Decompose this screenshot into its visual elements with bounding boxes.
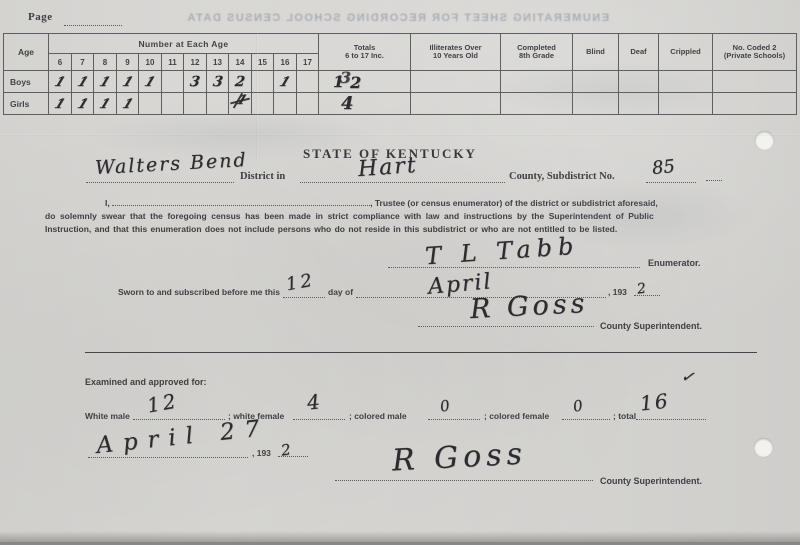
colored-male-label: ; colored male xyxy=(349,411,407,421)
age-tick: 10 xyxy=(139,54,162,71)
age-tick: 16 xyxy=(274,54,297,71)
totals-header-line2: 6 to 17 Inc. xyxy=(345,51,384,60)
enumerator-label: Enumerator. xyxy=(648,258,701,268)
girls-count-age14-crossed-out: 1 xyxy=(233,93,247,109)
enumerator-signature-blank xyxy=(388,266,640,268)
page-label: Page xyxy=(28,11,53,23)
sworn-year-printed: , 193 xyxy=(608,287,627,297)
scanned-census-form: ENUMERATING SHEET FOR RECORDING SCHOOL C… xyxy=(0,0,800,545)
age-tick: 12 xyxy=(184,54,207,71)
approval-date-blank xyxy=(88,456,248,458)
superintendent-signature-top: R Goss xyxy=(469,288,589,325)
boys-count-age8: 1 xyxy=(97,75,112,90)
sworn-day-blank xyxy=(283,296,325,298)
superintendent-signature-blank-top xyxy=(418,325,594,327)
county-name-blank xyxy=(300,181,505,183)
approval-date-handwritten: April 27 xyxy=(95,415,270,459)
boys-total-cell: 132 xyxy=(319,71,411,93)
subdistrict-no-handwritten: 85 xyxy=(651,156,676,179)
age-tick: 13 xyxy=(207,54,229,71)
total-value: 16 xyxy=(639,389,671,416)
white-male-value: 12 xyxy=(145,388,180,417)
section-divider-rule xyxy=(85,352,757,353)
boys-count-age12: 3 xyxy=(189,74,201,90)
age-tick: 17 xyxy=(297,54,319,71)
col-header-age: Age xyxy=(4,34,49,71)
age-tick: 15 xyxy=(252,54,274,71)
bleed-through-header: ENUMERATING SHEET FOR RECORDING SCHOOL C… xyxy=(175,12,620,24)
day-of-label: day of xyxy=(328,287,353,297)
sworn-year-dash xyxy=(634,294,660,296)
oath-line1-start: I, xyxy=(105,198,110,208)
district-in-label: District in xyxy=(240,171,285,182)
boys-count-age16: 1 xyxy=(277,75,292,90)
row-label-boys: Boys xyxy=(4,71,49,93)
boys-total-corrected-digit: 2 xyxy=(350,73,361,92)
boys-count-age7: 1 xyxy=(75,75,90,90)
hole-punch-bottom xyxy=(754,438,773,457)
col-header-totals: Totals 6 to 17 Inc. xyxy=(319,34,411,71)
colored-male-value: 0 xyxy=(439,396,452,415)
superintendent-label-top: County Superintendent. xyxy=(600,321,702,331)
white-female-value: 4 xyxy=(306,389,321,414)
superintendent-signature-blank-bottom xyxy=(335,479,593,481)
page-number-blank xyxy=(64,24,122,26)
boys-count-age9: 1 xyxy=(120,75,135,90)
illiterates-line2: 10 Years Old xyxy=(433,51,478,60)
boys-count-age14: 2 xyxy=(234,74,246,90)
nocoded-line2: (Private Schools) xyxy=(724,51,785,60)
white-male-blank xyxy=(133,418,225,420)
boys-count-age10: 1 xyxy=(142,75,157,90)
superintendent-label-bottom: County Superintendent. xyxy=(600,476,702,486)
colored-female-label: ; colored female xyxy=(484,411,549,421)
superintendent-signature-bottom: R Goss xyxy=(391,436,528,478)
age-tick: 9 xyxy=(117,54,139,71)
boys-count-age13: 3 xyxy=(212,74,224,90)
sworn-day-handwritten: 12 xyxy=(284,270,316,296)
total-blank xyxy=(636,418,706,420)
trustee-name-blank xyxy=(112,198,370,206)
age-tick: 6 xyxy=(49,54,72,71)
approval-title: Examined and approved for: xyxy=(85,377,207,387)
colored-female-blank xyxy=(562,418,610,420)
white-female-blank xyxy=(293,418,345,420)
boys-total-handwritten: 132 xyxy=(333,72,355,91)
colored-female-value: 0 xyxy=(572,396,585,415)
approval-checkmark: ✓ xyxy=(680,366,696,387)
sworn-text: Sworn to and subscribed before me this xyxy=(118,287,280,297)
age-tick: 11 xyxy=(162,54,184,71)
boys-count-age6: 1 xyxy=(52,75,67,90)
girls-count-age6: 1 xyxy=(52,97,67,112)
age-tick: 14 xyxy=(229,54,252,71)
colored-male-blank xyxy=(428,418,480,420)
approval-year-printed: , 193 xyxy=(252,448,271,458)
white-male-label: White male xyxy=(85,411,130,421)
age-tick: 8 xyxy=(94,54,117,71)
row-label-girls: Girls xyxy=(4,93,49,115)
district-name-blank xyxy=(86,181,234,183)
total-label: ; total xyxy=(613,411,636,421)
approval-year-dash xyxy=(278,455,308,457)
age-tick: 7 xyxy=(72,54,94,71)
completed-line2: 8th Grade xyxy=(519,51,554,60)
col-group-number-at-each-age: Number at Each Age xyxy=(49,34,319,54)
